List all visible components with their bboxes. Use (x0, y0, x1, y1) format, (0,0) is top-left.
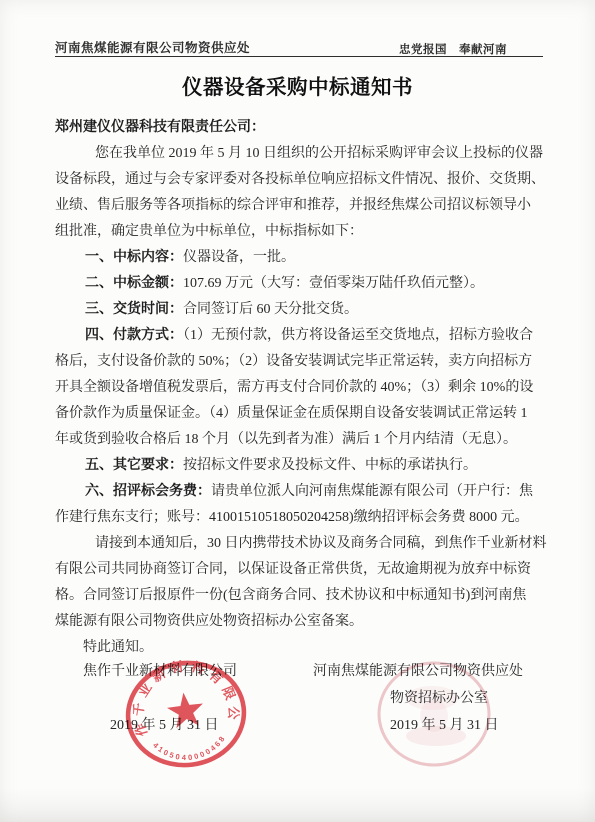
signature-right-office: 物资招标办公室 (390, 687, 488, 707)
body-line-text: 格后，支付设备价款的 50%；（2）设备安装调试完毕正常运转，卖方向招标方 (55, 354, 532, 369)
signature-right-date: 2019 年 5 月 31 日 (390, 714, 499, 734)
body-line: 特此通知。 (83, 635, 547, 661)
body-line-text: 仪器设备，一批。 (183, 250, 295, 265)
seal-code-text: 4105040000468 (150, 732, 230, 766)
body-line-text: 您在我单位 2019 年 5 月 10 日组织的公开招标采购评审会议上投标的仪器 (95, 146, 543, 161)
body-line-text: 业绩、售后服务等各项指标的综合评审和推荐，并报经焦煤公司招议标领导小 (55, 198, 531, 213)
signature-left-company: 焦作千业新材料有限公司 (83, 660, 237, 680)
body-line: 二、中标金额：107.69 万元（大写：壹佰零柒万陆仟玖佰元整）。 (85, 271, 547, 297)
body-line-bold-prefix: 二、中标金额： (85, 276, 183, 291)
body-line-text: 有限公司共同协商签订合同，以保证设备正常供货，无故逾期视为放弃中标资 (55, 562, 531, 577)
body-line-text: 设备标段，通过与会专家评委对各投标单位响应招标文件情况、报价、交货期、 (55, 172, 545, 187)
signature-left-date: 2019 年 5 月 31 日 (110, 714, 219, 734)
body-line-bold-prefix: 六、招评标会务费： (85, 484, 211, 499)
body-line-text: 107.69 万元（大写：壹佰零柒万陆仟玖佰元整）。 (183, 276, 484, 291)
header-org-name: 河南焦煤能源有限公司物资供应处 (55, 38, 250, 56)
body-line-text: 合同签订后 60 天分批交货。 (183, 302, 358, 317)
body-line: 业绩、售后服务等各项指标的综合评审和推荐，并报经焦煤公司招议标领导小 (55, 193, 547, 219)
header-slogan: 忠党报国 奉献河南 (399, 41, 507, 57)
body-line: 郑州建仪仪器科技有限责任公司： (55, 115, 547, 141)
body-line: 备价款作为质量保证金。（4）质量保证金在质保期自设备安装调试正常运转 1 (55, 401, 547, 427)
body-line-text: （1）无预付款，供方将设备运至交货地点，招标方验收合 (183, 328, 533, 343)
signature-right-company: 河南焦煤能源有限公司物资供应处 (313, 660, 523, 680)
body-line-bold-prefix: 三、交货时间： (85, 302, 183, 317)
body-line: 有限公司共同协商签订合同，以保证设备正常供货，无故逾期视为放弃中标资 (55, 557, 547, 583)
body-line: 组批准，确定贵单位为中标单位，中标指标如下： (55, 219, 547, 245)
body-line: 格。合同签订后报原件一份(包含商务合同、技术协议和中标通知书)到河南焦 (55, 583, 547, 609)
svg-text:4105040000468: 4105040000468 (150, 732, 230, 766)
header-rule (55, 56, 543, 57)
body-line: 您在我单位 2019 年 5 月 10 日组织的公开招标采购评审会议上投标的仪器 (95, 141, 547, 167)
body-line-text: 组批准，确定贵单位为中标单位，中标指标如下： (55, 224, 363, 239)
body-line: 六、招评标会务费：请贵单位派人向河南焦煤能源有限公司（开户行：焦 (85, 479, 547, 505)
body-line-text: 格。合同签订后报原件一份(包含商务合同、技术协议和中标通知书)到河南焦 (55, 588, 526, 603)
body-line: 五、其它要求：按招标文件要求及投标文件、中标的承诺执行。 (85, 453, 547, 479)
body-line-text: 作建行焦东支行；账号：41001510518050204258)缴纳招评标会务费… (55, 510, 529, 525)
body-line-bold-prefix: 五、其它要求： (85, 458, 183, 473)
body-line-text: 煤能源有限公司物资供应处物资招标办公室备案。 (55, 614, 363, 629)
document-page: 河南焦煤能源有限公司物资供应处 忠党报国 奉献河南 仪器设备采购中标通知书 郑州… (0, 0, 595, 822)
body-line: 四、付款方式：（1）无预付款，供方将设备运至交货地点，招标方验收合 (85, 323, 547, 349)
page-title: 仪器设备采购中标通知书 (0, 70, 595, 100)
document-body: 郑州建仪仪器科技有限责任公司：您在我单位 2019 年 5 月 10 日组织的公… (55, 115, 547, 661)
body-line-text: 请接到本通知后，30 日内携带技术协议及商务合同稿，到焦作千业新材料 (95, 536, 547, 551)
body-line-text: 开具全额设备增值税发票后，需方再支付合同价款的 40%；（3）剩余 10%的设 (55, 380, 533, 395)
body-line-text: 年或货到验收合格后 18 个月（以先到者为准）满后 1 个月内结清（无息）。 (55, 432, 517, 447)
body-line-bold-prefix: 四、付款方式： (85, 328, 183, 343)
body-line-bold-prefix: 郑州建仪仪器科技有限责任公司： (55, 120, 265, 135)
body-line-text: 备价款作为质量保证金。（4）质量保证金在质保期自设备安装调试正常运转 1 (55, 406, 528, 421)
body-line: 请接到本通知后，30 日内携带技术协议及商务合同稿，到焦作千业新材料 (95, 531, 547, 557)
body-line: 作建行焦东支行；账号：41001510518050204258)缴纳招评标会务费… (55, 505, 547, 531)
body-line: 格后，支付设备价款的 50%；（2）设备安装调试完毕正常运转，卖方向招标方 (55, 349, 547, 375)
body-line-bold-prefix: 一、中标内容： (85, 250, 183, 265)
body-line-text: 按招标文件要求及投标文件、中标的承诺执行。 (183, 458, 477, 473)
body-line: 开具全额设备增值税发票后，需方再支付合同价款的 40%；（3）剩余 10%的设 (55, 375, 547, 401)
body-line-text: 请贵单位派人向河南焦煤能源有限公司（开户行：焦 (211, 484, 533, 499)
body-line: 年或货到验收合格后 18 个月（以先到者为准）满后 1 个月内结清（无息）。 (55, 427, 547, 453)
body-line: 一、中标内容：仪器设备，一批。 (85, 245, 547, 271)
body-line: 三、交货时间：合同签订后 60 天分批交货。 (85, 297, 547, 323)
body-line: 煤能源有限公司物资供应处物资招标办公室备案。 (55, 609, 547, 635)
body-line-text: 特此通知。 (83, 640, 153, 655)
body-line: 设备标段，通过与会专家评委对各投标单位响应招标文件情况、报价、交货期、 (55, 167, 547, 193)
